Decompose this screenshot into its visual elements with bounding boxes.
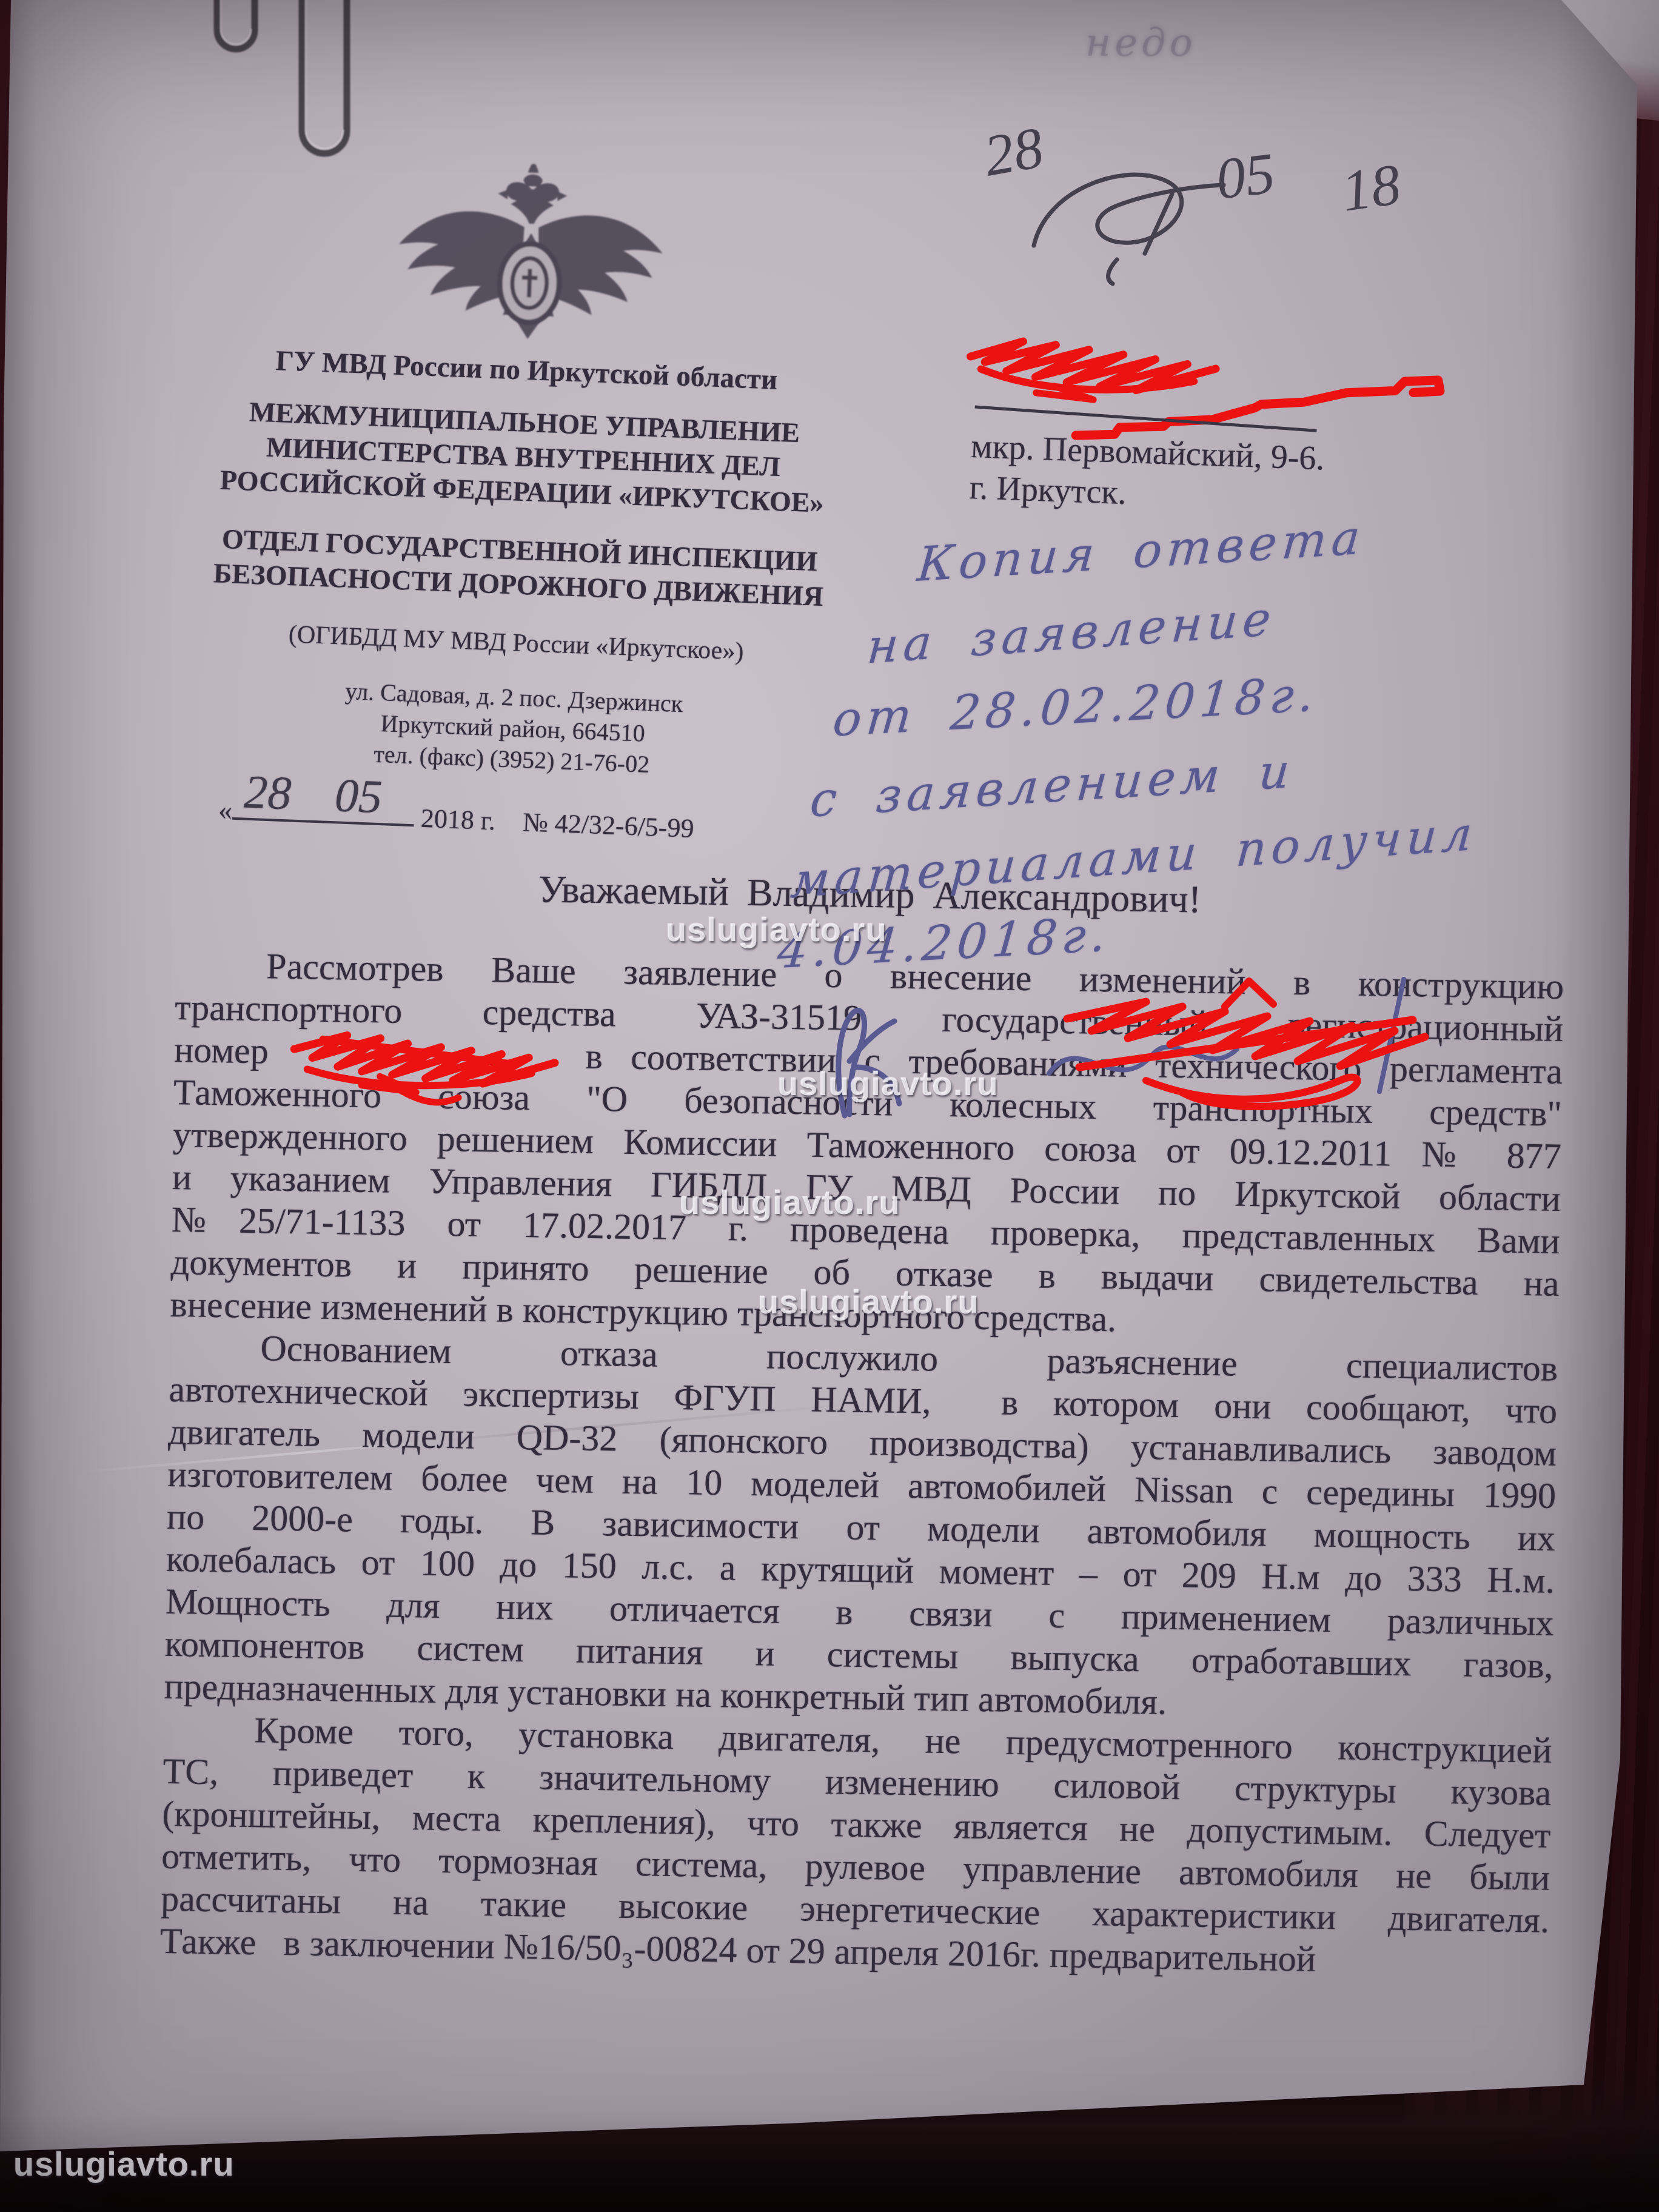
date-line: «2805 2018 г. № 42/32-6/5-99 (163, 783, 856, 850)
site-watermark: uslugiavto.ru (679, 1182, 900, 1222)
site-watermark: uslugiavto.ru (777, 1064, 999, 1103)
year-text: 2018 г. (420, 803, 496, 836)
handwritten-year: 18 (1338, 151, 1404, 223)
letterhead: ГУ МВД России по Иркутской области МЕЖМУ… (163, 340, 873, 850)
paperclip-icon (200, 0, 376, 177)
opening-quote: « (218, 794, 233, 826)
recipient-block: мкр. Первомайский, 9-6. г. Иркутск. (970, 400, 1515, 419)
agency-title: ГУ МВД России по Иркутской области (181, 340, 873, 401)
handwritten-day: 28 (243, 765, 292, 821)
body-text: номер (174, 1030, 269, 1071)
org-abbreviation: (ОГИБДД МУ МВД России «Иркутское») (170, 615, 862, 671)
department-name: ОТДЕЛ ГОСУДАРСТВЕННОЙ ИНСПЕКЦИИ БЕЗОПАСН… (172, 520, 866, 615)
day-slot: 28 (232, 786, 324, 823)
site-watermark: uslugiavto.ru (13, 2144, 235, 2184)
handwritten-note: Копия ответа на заявление от 28.02.2018г… (774, 493, 1582, 987)
handwritten-date-signature: 28 05 18 (964, 91, 1425, 291)
outgoing-number: № 42/32-6/5-99 (522, 807, 694, 843)
handwritten-day: 28 (979, 115, 1048, 189)
red-redaction-scribble-signature (1025, 946, 1461, 1128)
photo-stage: ГУ МВД России по Иркутской области МЕЖМУ… (0, 0, 1659, 2212)
document-paper: ГУ МВД России по Иркутской области МЕЖМУ… (0, 0, 1659, 2212)
ink-bleed-ghost-text: недо (1085, 21, 1196, 65)
handwritten-month: 05 (1213, 140, 1278, 212)
site-watermark: uslugiavto.ru (758, 1282, 979, 1321)
red-redaction-scribble-plate (297, 1043, 558, 1071)
org-name: МЕЖМУНИЦИПАЛЬНОЕ УПРАВЛЕНИЕ МИНИСТЕРСТВА… (176, 392, 871, 522)
month-slot: 05 (323, 789, 415, 827)
recipient-city: г. Иркутск. (969, 468, 1127, 512)
blue-signature-initials (822, 970, 967, 1128)
handwritten-month: 05 (334, 768, 383, 824)
mvd-eagle-emblem (385, 154, 677, 352)
site-watermark: uslugiavto.ru (666, 910, 887, 949)
